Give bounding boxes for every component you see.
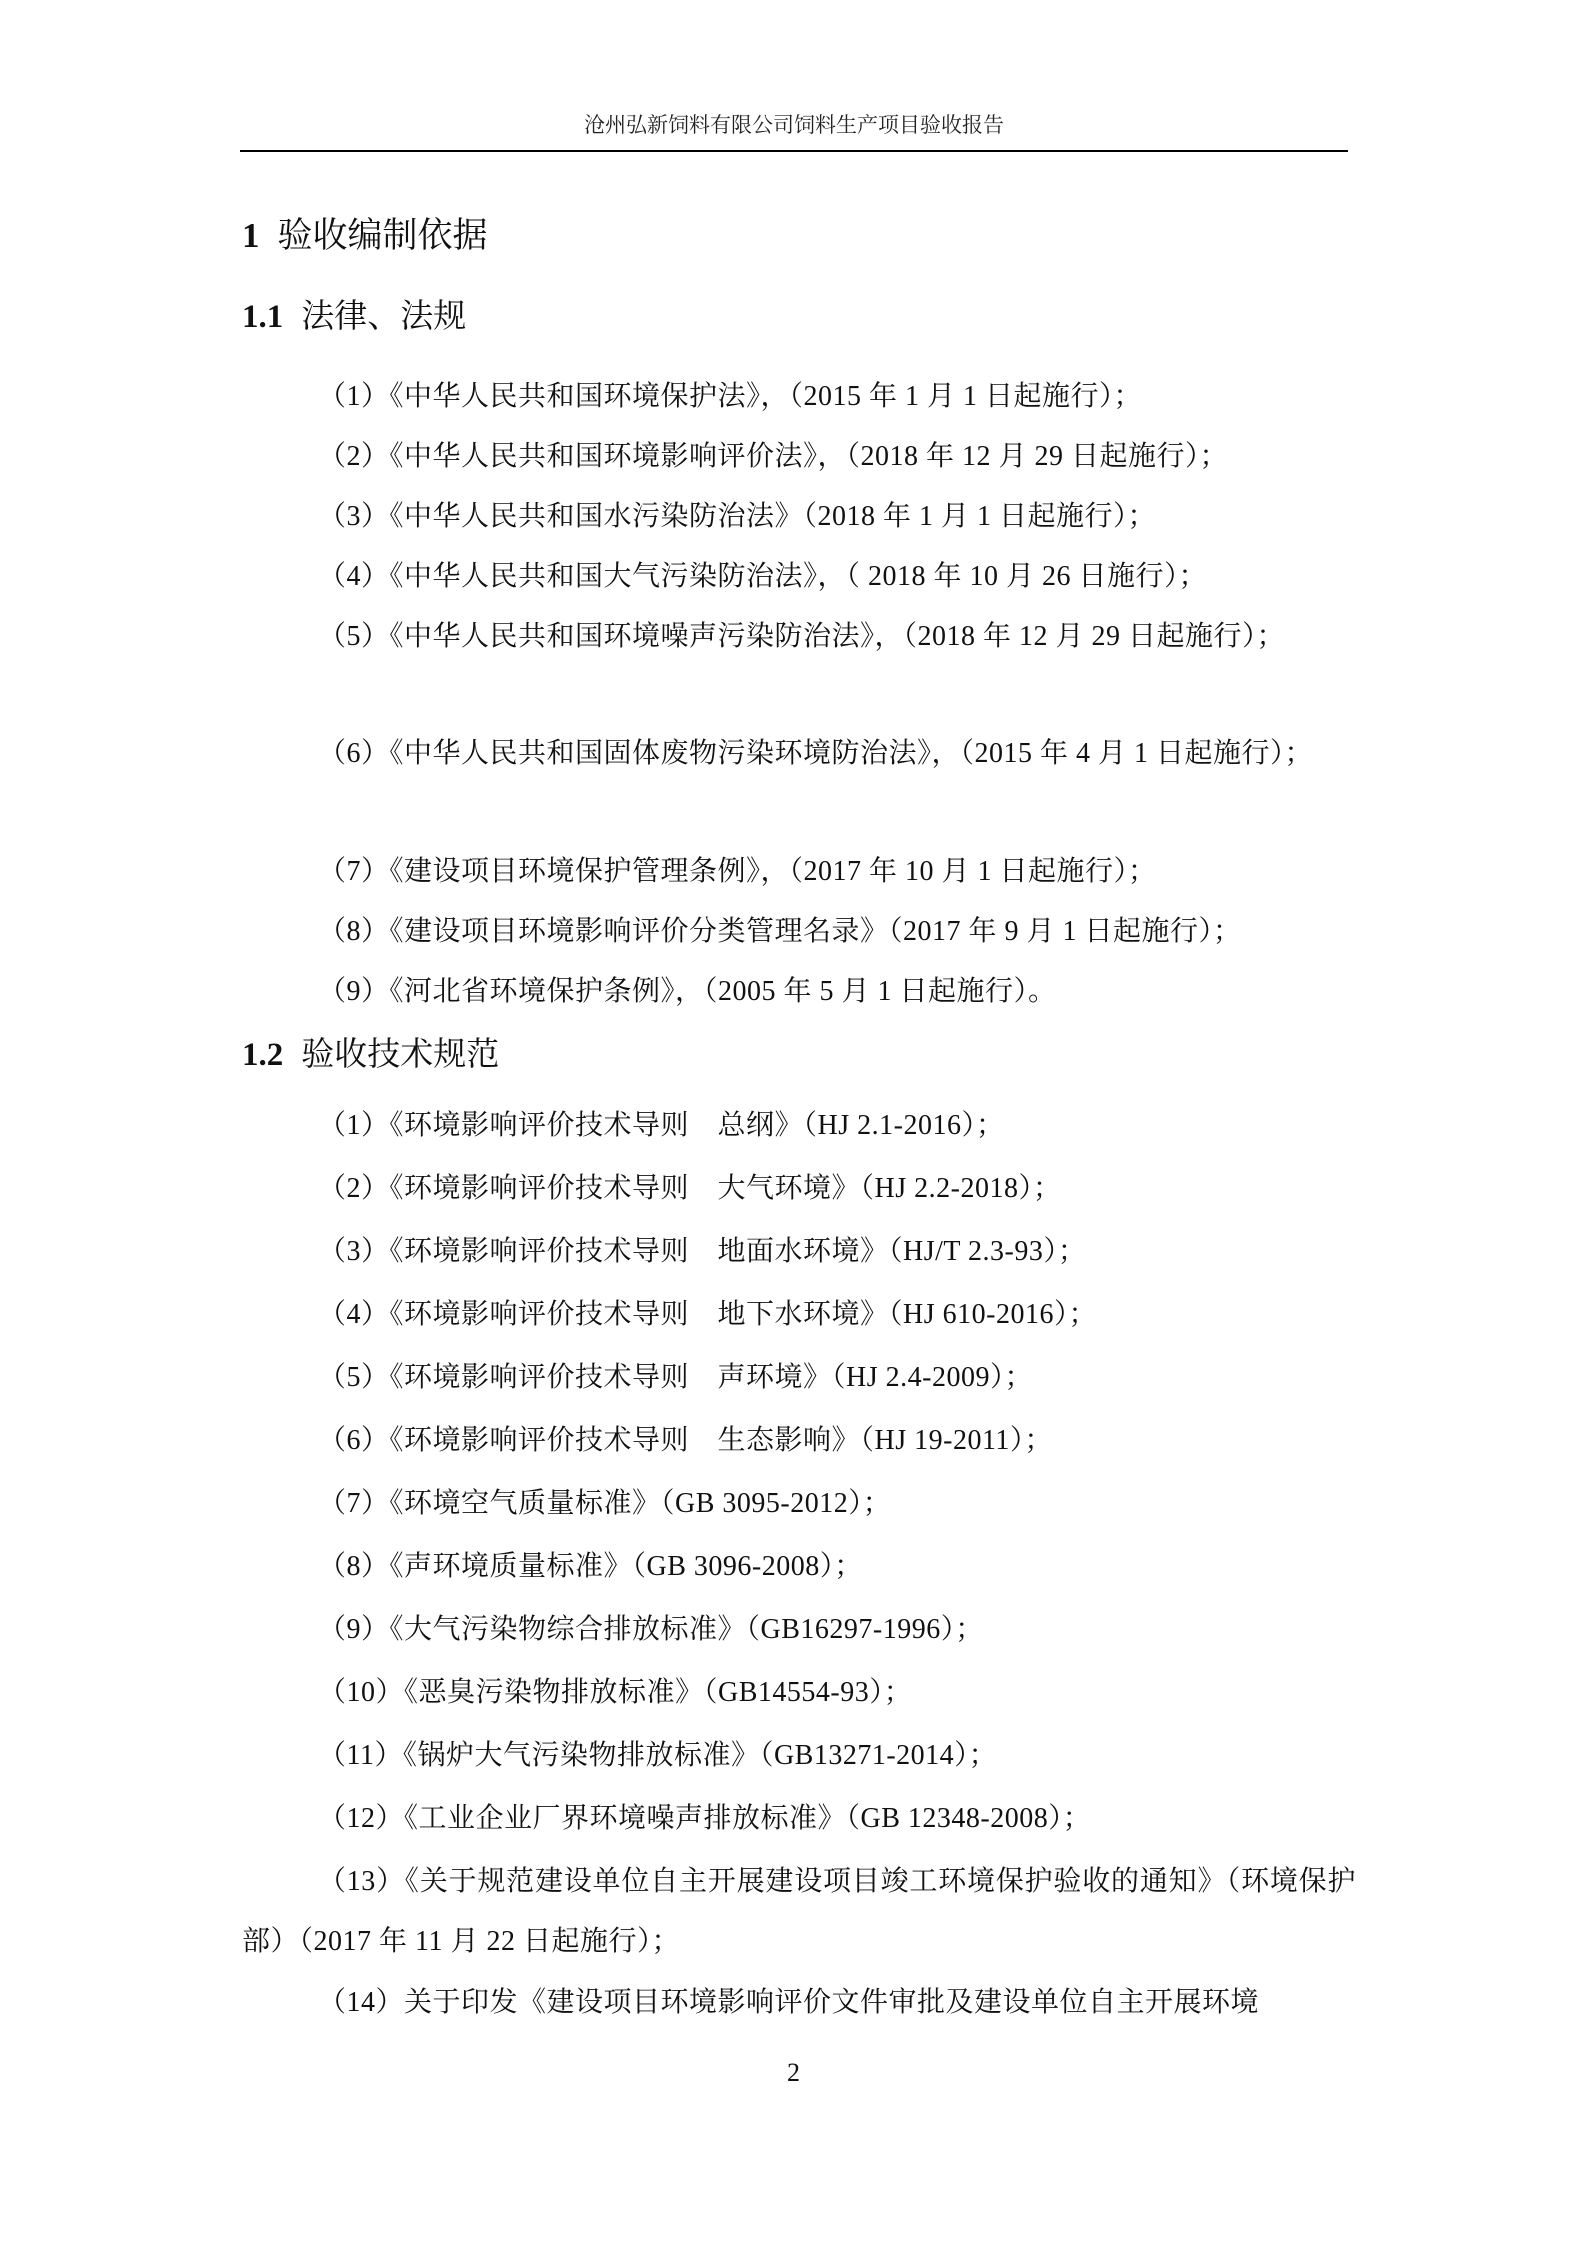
spec-item-14: （14）关于印发《建设项目环境影响评价文件审批及建设单位自主开展环境 <box>242 1973 1356 2033</box>
chapter-title: 验收编制依据 <box>278 216 488 256</box>
spec-item-9: （9）《大气污染物综合排放标准》（GB16297-1996）； <box>242 1600 1356 1660</box>
page-header: 沧州弘新饲料有限公司饲料生产项目验收报告 <box>240 110 1348 152</box>
spec-item-5: （5）《环境影响评价技术导则 声环境》（HJ 2.4-2009）； <box>242 1348 1356 1408</box>
law-item-8: （8）《建设项目环境影响评价分类管理名录》（2017 年 9 月 1 日起施行）… <box>242 902 1356 962</box>
section-title: 验收技术规范 <box>301 1034 499 1073</box>
law-item-9: （9）《河北省环境保护条例》，（2005 年 5 月 1 日起施行）。 <box>242 962 1356 1022</box>
chapter-heading: 1验收编制依据 <box>242 208 488 258</box>
law-item-3: （3）《中华人民共和国水污染防治法》（2018 年 1 月 1 日起施行）； <box>242 487 1356 547</box>
section-title: 法律、法规 <box>301 296 466 335</box>
section-heading-laws: 1.1法律、法规 <box>242 290 466 337</box>
section-number: 1.2 <box>242 1037 283 1073</box>
section-number: 1.1 <box>242 299 283 335</box>
spec-item-1: （1）《环境影响评价技术导则 总纲》（HJ 2.1-2016）； <box>242 1096 1356 1156</box>
spec-item-8: （8）《声环境质量标准》（GB 3096-2008）； <box>242 1537 1356 1597</box>
law-item-2: （2）《中华人民共和国环境影响评价法》，（2018 年 12 月 29 日起施行… <box>242 427 1356 487</box>
law-item-1: （1）《中华人民共和国环境保护法》，（2015 年 1 月 1 日起施行）； <box>242 367 1356 427</box>
spec-item-13: （13）《关于规范建设单位自主开展建设项目竣工环境保护验收的通知》（环境保护部）… <box>242 1852 1356 1972</box>
page-number: 2 <box>0 2058 1587 2088</box>
spec-item-10: （10）《恶臭污染物排放标准》（GB14554-93）； <box>242 1663 1356 1723</box>
spec-item-7: （7）《环境空气质量标准》（GB 3095-2012）； <box>242 1474 1356 1534</box>
spec-item-12: （12）《工业企业厂界环境噪声排放标准》（GB 12348-2008）； <box>242 1789 1356 1849</box>
law-item-7: （7）《建设项目环境保护管理条例》，（2017 年 10 月 1 日起施行）； <box>242 842 1356 902</box>
spec-item-11: （11）《锅炉大气污染物排放标准》（GB13271-2014）； <box>242 1726 1356 1786</box>
report-title: 沧州弘新饲料有限公司饲料生产项目验收报告 <box>584 113 1004 137</box>
law-item-6: （6）《中华人民共和国固体废物污染环境防治法》，（2015 年 4 月 1 日起… <box>242 724 1356 784</box>
law-item-4: （4）《中华人民共和国大气污染防治法》，（ 2018 年 10 月 26 日施行… <box>242 547 1356 607</box>
spec-item-3: （3）《环境影响评价技术导则 地面水环境》（HJ/T 2.3-93）； <box>242 1222 1356 1282</box>
spec-item-6: （6）《环境影响评价技术导则 生态影响》（HJ 19-2011）； <box>242 1411 1356 1471</box>
spec-item-2: （2）《环境影响评价技术导则 大气环境》（HJ 2.2-2018）； <box>242 1159 1356 1219</box>
chapter-number: 1 <box>242 216 260 255</box>
spec-item-4: （4）《环境影响评价技术导则 地下水环境》（HJ 610-2016）； <box>242 1285 1356 1345</box>
section-heading-technical-specs: 1.2验收技术规范 <box>242 1028 499 1075</box>
law-item-5: （5）《中华人民共和国环境噪声污染防治法》，（2018 年 12 月 29 日起… <box>242 607 1356 667</box>
